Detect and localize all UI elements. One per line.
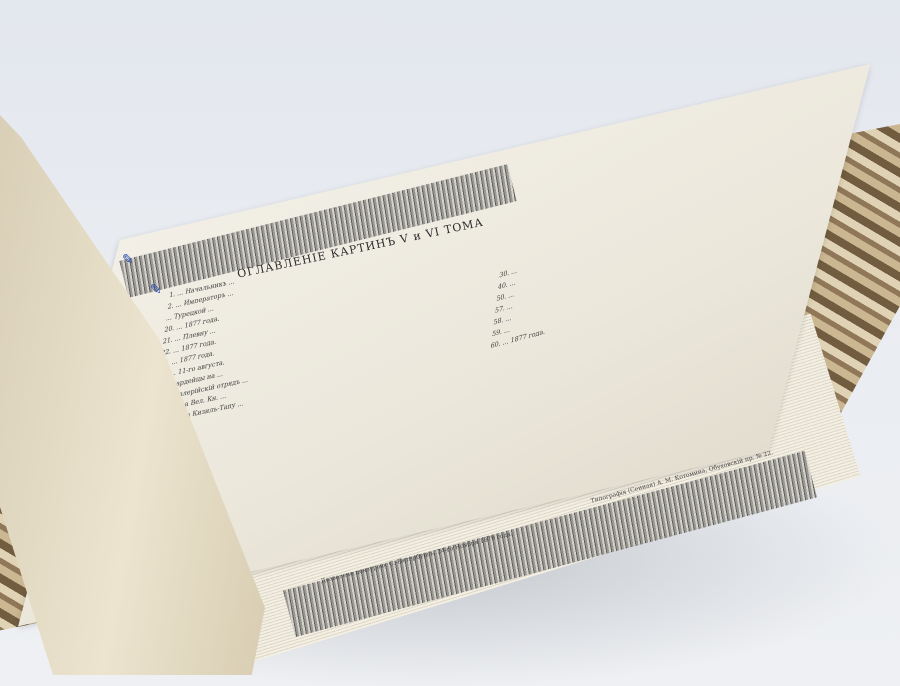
ink-mark-icon: ✎ bbox=[122, 252, 134, 268]
photo-scene: ОГЛАВЛЕНІЕ КАРТИНЪ V и VI ТОМА 1. ... На… bbox=[0, 0, 900, 686]
ink-mark-icon: ✎ bbox=[150, 282, 162, 298]
